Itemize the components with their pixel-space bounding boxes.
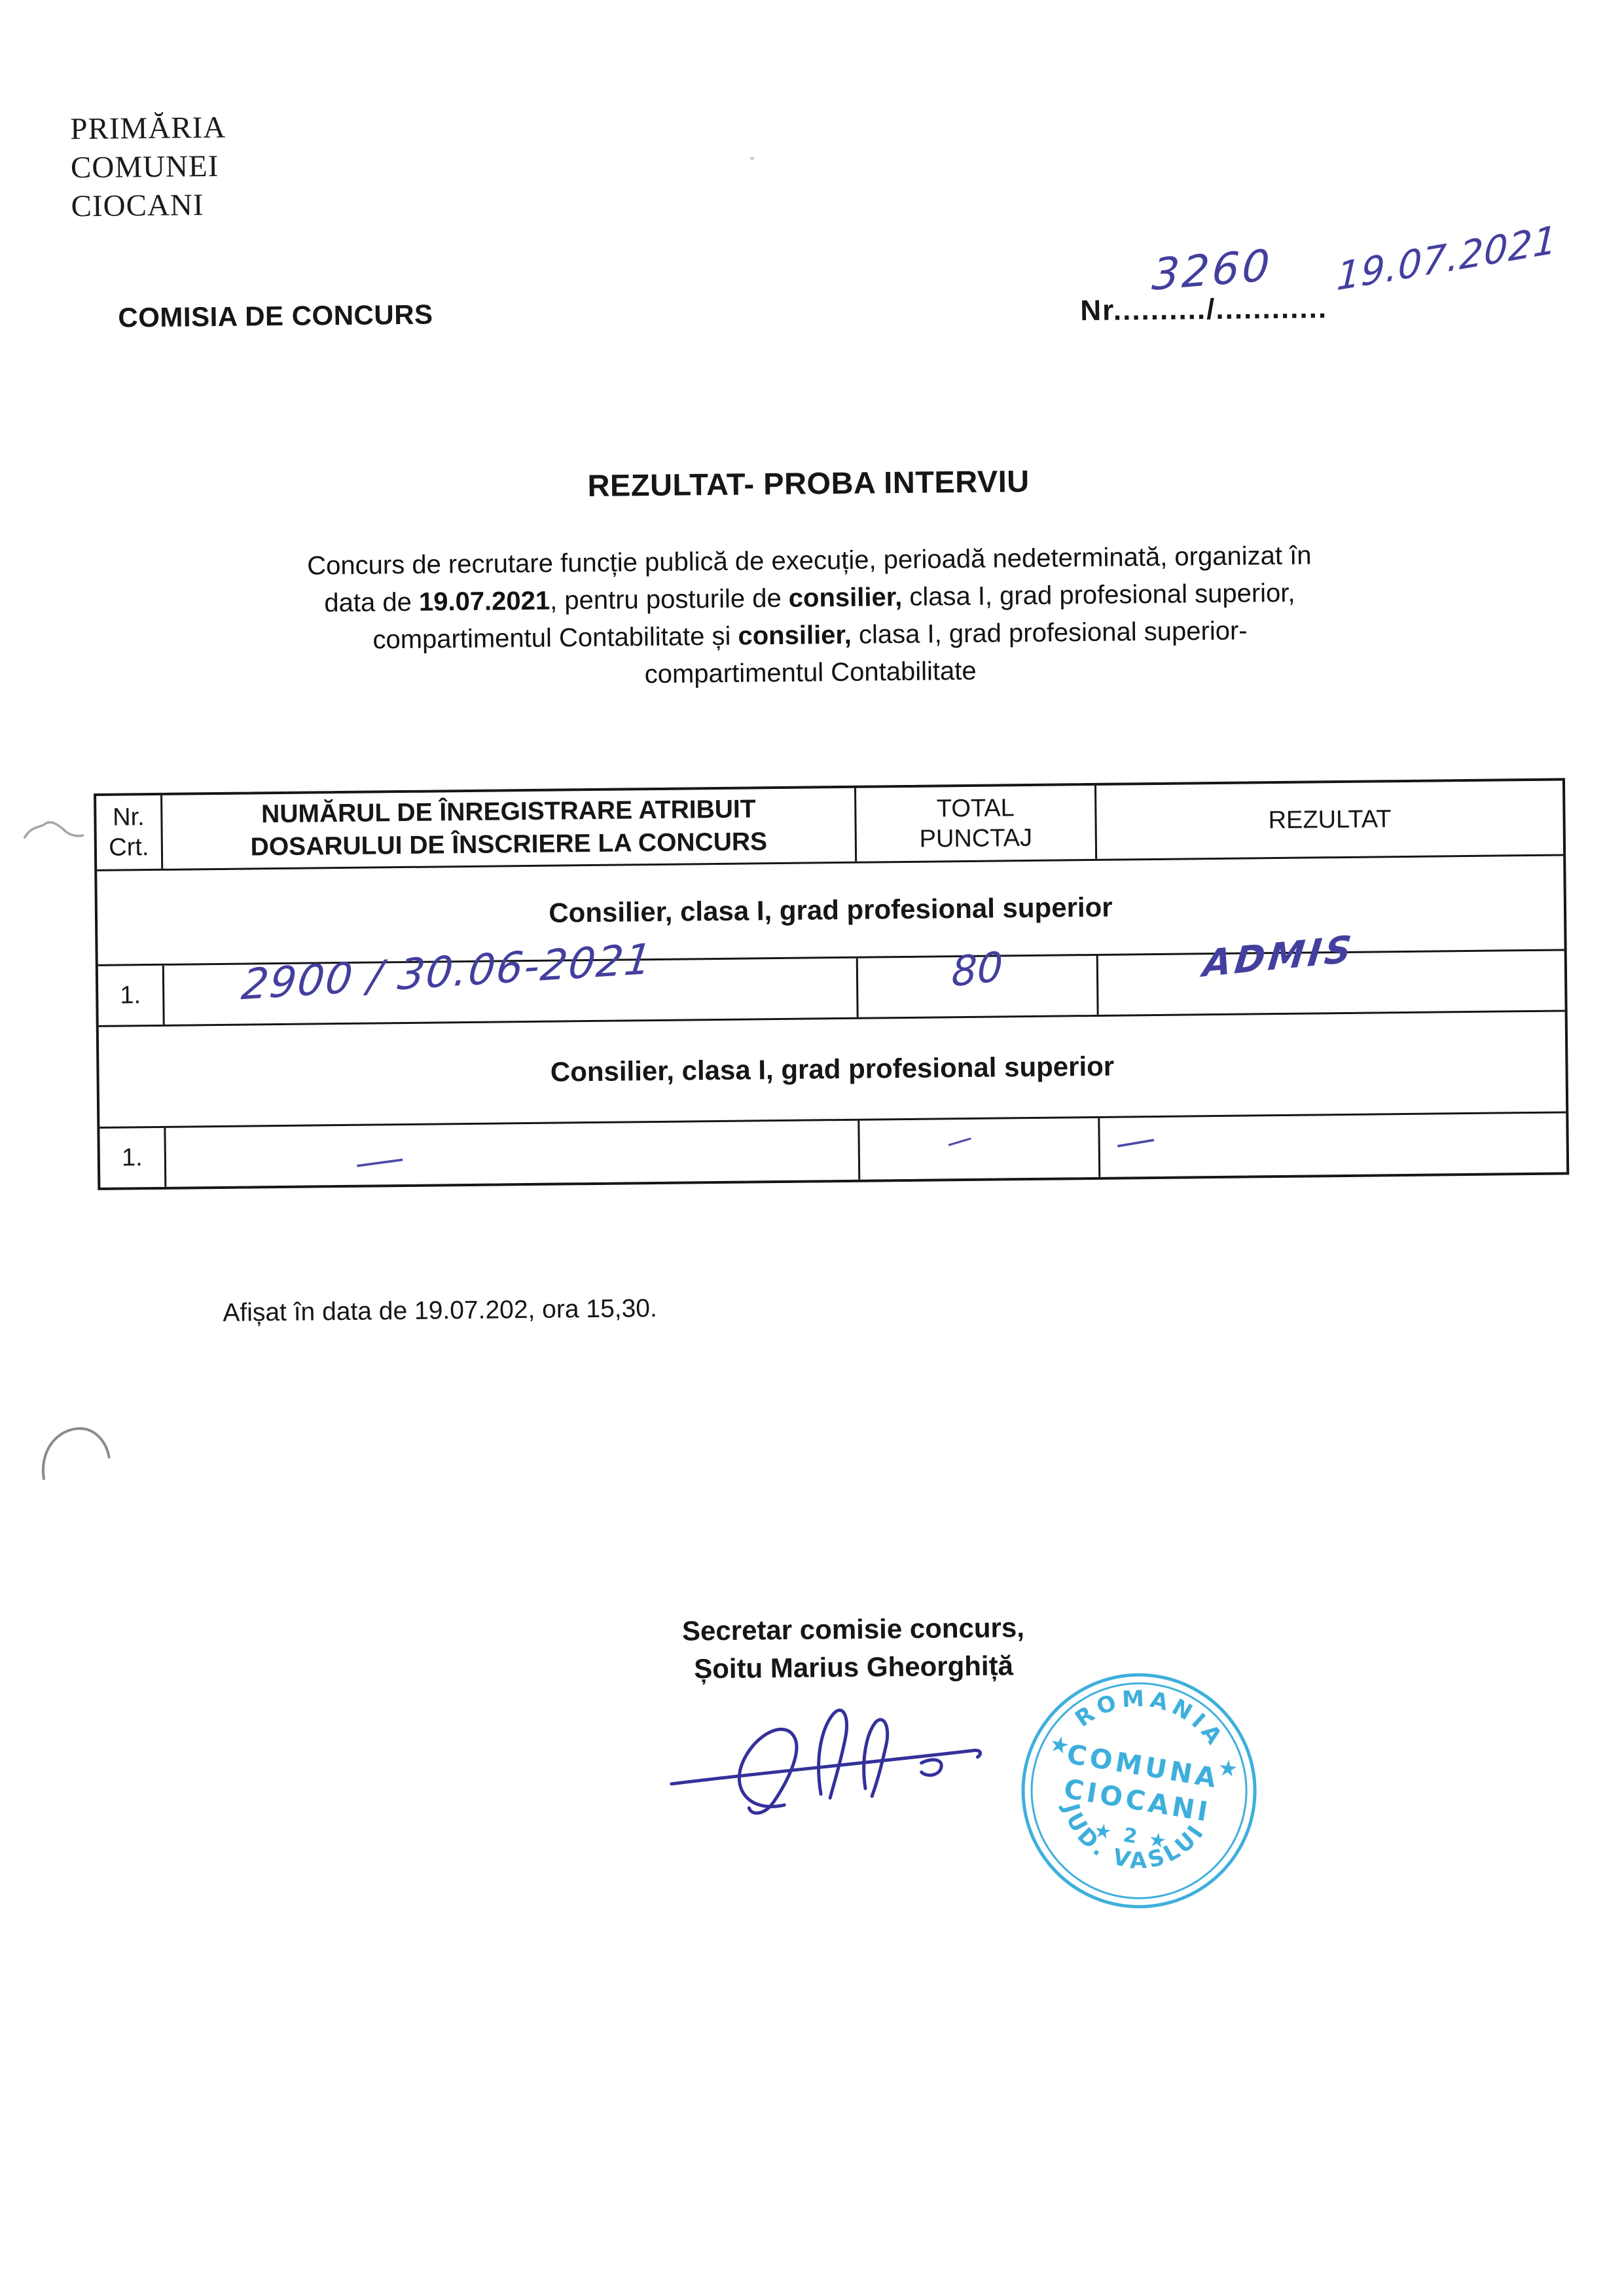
header-nr: Nr.	[113, 802, 145, 833]
header-crt: Crt.	[109, 832, 149, 863]
scanned-document-page: PRIMĂRIA COMUNEI CIOCANI COMISIA DE CONC…	[0, 0, 1624, 2296]
registration-prefix: Nr.	[1080, 294, 1123, 327]
signature-loop-2	[863, 1720, 888, 1796]
result-cell: —	[1100, 1113, 1566, 1176]
header-cell-nr-crt: Nr. Crt.	[96, 795, 163, 869]
letterhead-line-2: COMUNEI	[71, 147, 226, 187]
row-index-cell: 1.	[99, 1128, 166, 1188]
letterhead-line-1: PRIMĂRIA	[70, 109, 226, 149]
registration-number-cell: —	[166, 1121, 860, 1187]
letterhead: PRIMĂRIA COMUNEI CIOCANI	[70, 109, 227, 226]
scan-speck	[750, 156, 754, 160]
header-registration-line-1: NUMĂRUL DE ÎNREGISTRARE ATRIBUIT	[261, 793, 756, 831]
handwritten-dash: —	[1112, 1119, 1159, 1165]
header-total: TOTAL	[937, 793, 1015, 824]
posted-note: Afișat în data de 19.07.202, ora 15,30.	[223, 1294, 657, 1328]
official-stamp: ★ ROMANIA ★ JUD. VASLUI COMUNA CIOCANI ★…	[999, 1650, 1279, 1931]
header-cell-result: REZULTAT	[1096, 780, 1563, 858]
header-rezultat: REZULTAT	[1268, 804, 1391, 835]
result-cell: ADMIS	[1098, 951, 1565, 1014]
registration-line: Nr........../............	[1080, 292, 1327, 327]
intro-paragraph: Concurs de recrutare funcție publică de …	[89, 535, 1530, 699]
total-score-cell: 80	[858, 956, 1099, 1017]
document-sheet: PRIMĂRIA COMUNEI CIOCANI COMISIA DE CONC…	[0, 0, 1624, 2296]
header-registration-line-2: DOSARULUI DE ÎNSCRIERE LA CONCURS	[250, 826, 767, 864]
handwritten-registration-number: 3260	[1151, 240, 1274, 300]
registration-dots-right: ............	[1216, 292, 1327, 325]
registration-slash: /	[1206, 293, 1216, 325]
signature-hook	[922, 1760, 942, 1776]
margin-scribble-mark	[22, 816, 85, 845]
signature-underline	[671, 1750, 981, 1783]
row-index-cell: 1.	[98, 966, 165, 1025]
letterhead-line-3: CIOCANI	[71, 186, 226, 226]
margin-arc-mark	[39, 1426, 113, 1487]
section-row-2: Consilier, clasa I, grad profesional sup…	[99, 1011, 1566, 1128]
handwritten-registration-date: 19.07.2021	[1336, 217, 1559, 300]
results-table: Nr. Crt. NUMĂRUL DE ÎNREGISTRARE ATRIBUI…	[94, 778, 1569, 1190]
commission-label: COMISIA DE CONCURS	[118, 299, 433, 333]
document-title: REZULTAT- PROBA INTERVIU	[88, 458, 1528, 509]
handwritten-dash: —	[352, 1139, 407, 1184]
header-cell-registration-number: NUMĂRUL DE ÎNREGISTRARE ATRIBUIT DOSARUL…	[162, 788, 857, 869]
header-punctaj: PUNCTAJ	[919, 823, 1032, 854]
header-cell-total-score: TOTAL PUNCTAJ	[856, 786, 1097, 862]
total-score-cell: —	[859, 1118, 1100, 1180]
signature	[664, 1673, 992, 1821]
registration-number-cell: 2900 / 30.06-2021	[164, 958, 859, 1025]
secretary-role: Secretar comisie concurs,	[578, 1607, 1128, 1651]
handwritten-dash: —	[942, 1121, 977, 1160]
signature-loop-1	[818, 1710, 848, 1798]
